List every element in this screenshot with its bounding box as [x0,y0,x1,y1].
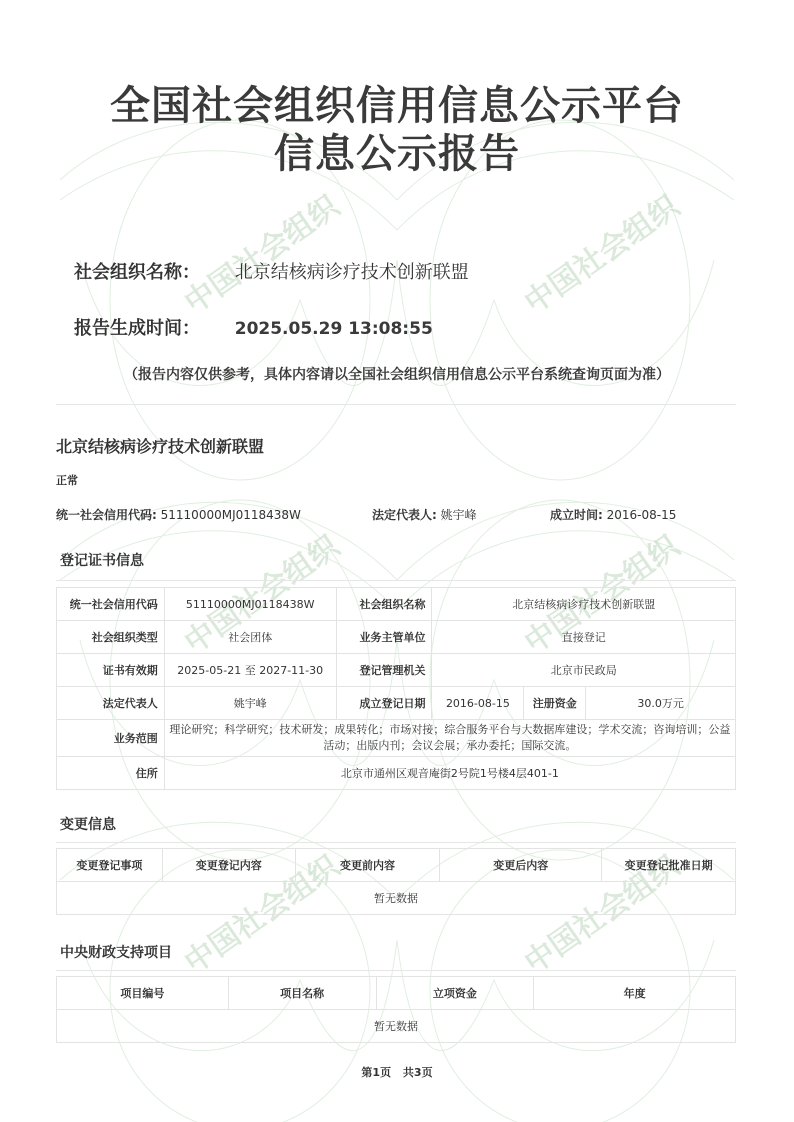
cell-label: 登记管理机关 [336,654,432,687]
changes-table: 变更登记事项 变更登记内容 变更前内容 变更后内容 变更登记批准日期 暂无数据 [56,848,736,915]
divider [56,970,736,971]
founded-value: 2016-08-15 [607,508,677,522]
table-row: 业务范围 理论研究；科学研究；技术研发；成果转化；市场对接；综合服务平台与大数据… [57,720,736,757]
cell-value: 姚宇峰 [164,687,336,720]
cell-label: 住所 [57,757,165,790]
table-row: 暂无数据 [57,1010,736,1043]
registration-section-title: 登记证书信息 [60,550,144,570]
page-footer: 第1页 共3页 [0,1064,794,1080]
column-header: 立项资金 [376,977,534,1010]
changes-section-title: 变更信息 [60,814,116,834]
watermark: 中国社会组织 [174,182,347,321]
report-subtitle: 信息公示报告 [0,122,794,179]
registration-table: 统一社会信用代码 51110000MJ0118438W 社会组织名称 北京结核病… [56,587,736,790]
column-header: 年度 [534,977,736,1010]
column-header: 变更前内容 [295,849,440,882]
cell-label: 法定代表人 [57,687,165,720]
founded-label: 成立时间: [550,508,603,522]
generated-time-value: 2025.05.29 13:08:55 [235,319,433,339]
cell-value: 社会团体 [164,621,336,654]
page-number: 第1页 [361,1066,391,1079]
cell-label: 注册资金 [524,687,586,720]
generated-time-row: 报告生成时间： 2025.05.29 13:08:55 [74,314,433,340]
empty-message: 暂无数据 [57,1010,736,1043]
table-header-row: 项目编号 项目名称 立项资金 年度 [57,977,736,1010]
report-page: 中国社会组织 中国社会组织 中国社会组织 中国社会组织 中国社会组织 中国社会组… [0,0,794,1122]
column-header: 变更登记批准日期 [602,849,736,882]
legal-rep-label: 法定代表人: [372,508,437,522]
cell-value: 北京结核病诊疗技术创新联盟 [432,588,736,621]
credit-code-value: 51110000MJ0118438W [161,508,301,522]
legal-rep-value: 姚宇峰 [441,508,477,522]
table-header-row: 变更登记事项 变更登记内容 变更前内容 变更后内容 变更登记批准日期 [57,849,736,882]
generated-time-label: 报告生成时间： [74,314,229,340]
column-header: 变更后内容 [440,849,602,882]
org-name-label: 社会组织名称： [74,258,229,284]
table-row: 暂无数据 [57,882,736,915]
column-header: 项目名称 [228,977,376,1010]
funding-section-title: 中央财政支持项目 [60,942,172,962]
column-header: 变更登记内容 [162,849,295,882]
cell-value: 2016-08-15 [432,687,524,720]
status-badge: 正常 [56,472,78,488]
cell-label: 证书有效期 [57,654,165,687]
disclaimer: （报告内容仅供参考，具体内容请以全国社会组织信用信息公示平台系统查询页面为准） [0,364,794,384]
table-row: 法定代表人 姚宇峰 成立登记日期 2016-08-15 注册资金 30.0万元 [57,687,736,720]
cell-value: 北京市民政局 [432,654,736,687]
divider [56,580,736,581]
cell-value: 2025-05-21 至 2027-11-30 [164,654,336,687]
table-row: 社会组织类型 社会团体 业务主管单位 直接登记 [57,621,736,654]
cell-label: 社会组织类型 [57,621,165,654]
divider [56,404,736,405]
funding-table: 项目编号 项目名称 立项资金 年度 暂无数据 [56,976,736,1043]
page-total: 共3页 [403,1066,433,1079]
cell-label: 统一社会信用代码 [57,588,165,621]
cell-label: 业务范围 [57,720,165,757]
cell-value: 理论研究；科学研究；技术研发；成果转化；市场对接；综合服务平台与大数据库建设；学… [164,720,735,757]
org-name-value: 北京结核病诊疗技术创新联盟 [235,258,469,284]
cell-value: 51110000MJ0118438W [164,588,336,621]
table-row: 证书有效期 2025-05-21 至 2027-11-30 登记管理机关 北京市… [57,654,736,687]
org-title: 北京结核病诊疗技术创新联盟 [56,434,264,457]
watermark: 中国社会组织 [514,182,687,321]
cell-label: 成立登记日期 [336,687,432,720]
cell-label: 业务主管单位 [336,621,432,654]
org-name-row: 社会组织名称： 北京结核病诊疗技术创新联盟 [74,258,469,284]
cell-value: 北京市通州区观音庵街2号院1号楼4层401-1 [164,757,735,790]
column-header: 项目编号 [57,977,229,1010]
divider [56,842,736,843]
table-row: 统一社会信用代码 51110000MJ0118438W 社会组织名称 北京结核病… [57,588,736,621]
table-row: 住所 北京市通州区观音庵街2号院1号楼4层401-1 [57,757,736,790]
cell-label: 社会组织名称 [336,588,432,621]
cell-value: 直接登记 [432,621,736,654]
credit-code-label: 统一社会信用代码: [56,508,157,522]
cell-value: 30.0万元 [586,687,736,720]
empty-message: 暂无数据 [57,882,736,915]
column-header: 变更登记事项 [57,849,163,882]
